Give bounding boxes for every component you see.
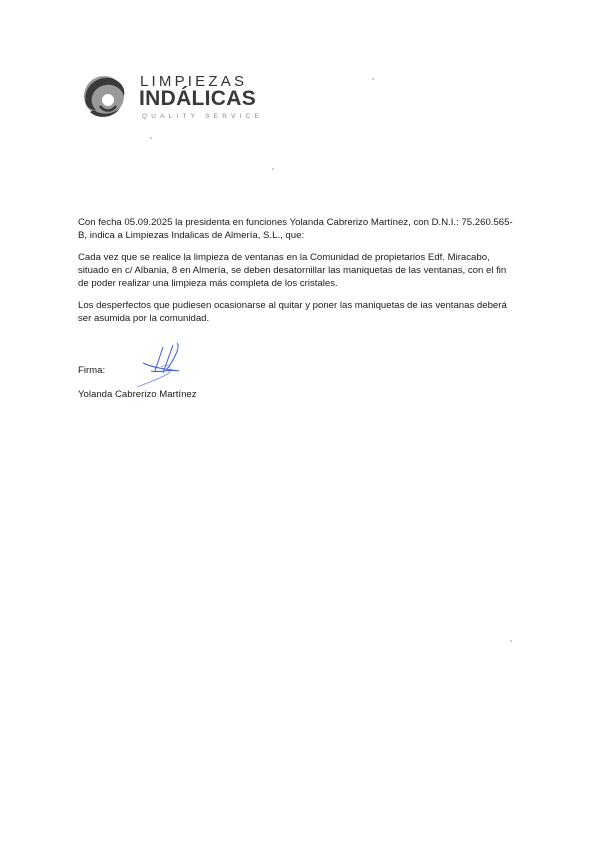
- scan-speck: [272, 168, 274, 170]
- logo-swirl-icon: [80, 74, 126, 120]
- paragraph-liability: Los desperfectos que pudiesen ocasionars…: [78, 299, 518, 325]
- paragraph-intro: Con fecha 05.09.2025 la presidenta en fu…: [78, 216, 518, 242]
- handwritten-signature-icon: [133, 343, 203, 388]
- paragraph-instruction: Cada vez que se realice la limpieza de v…: [78, 251, 518, 290]
- scan-speck: [372, 78, 374, 80]
- signature-label: Firma:: [78, 365, 105, 376]
- scan-speck: [150, 137, 152, 139]
- signer-name: Yolanda Cabrerizo Martínez: [78, 389, 197, 400]
- scan-speck: [510, 640, 512, 642]
- company-logo: LIMPIEZAS INDÁLICAS QUALITY SERVICE: [78, 72, 268, 128]
- logo-tagline: QUALITY SERVICE: [142, 113, 263, 120]
- logo-text-indalicas: INDÁLICAS: [139, 87, 256, 111]
- letter-body: Con fecha 05.09.2025 la presidenta en fu…: [78, 216, 518, 334]
